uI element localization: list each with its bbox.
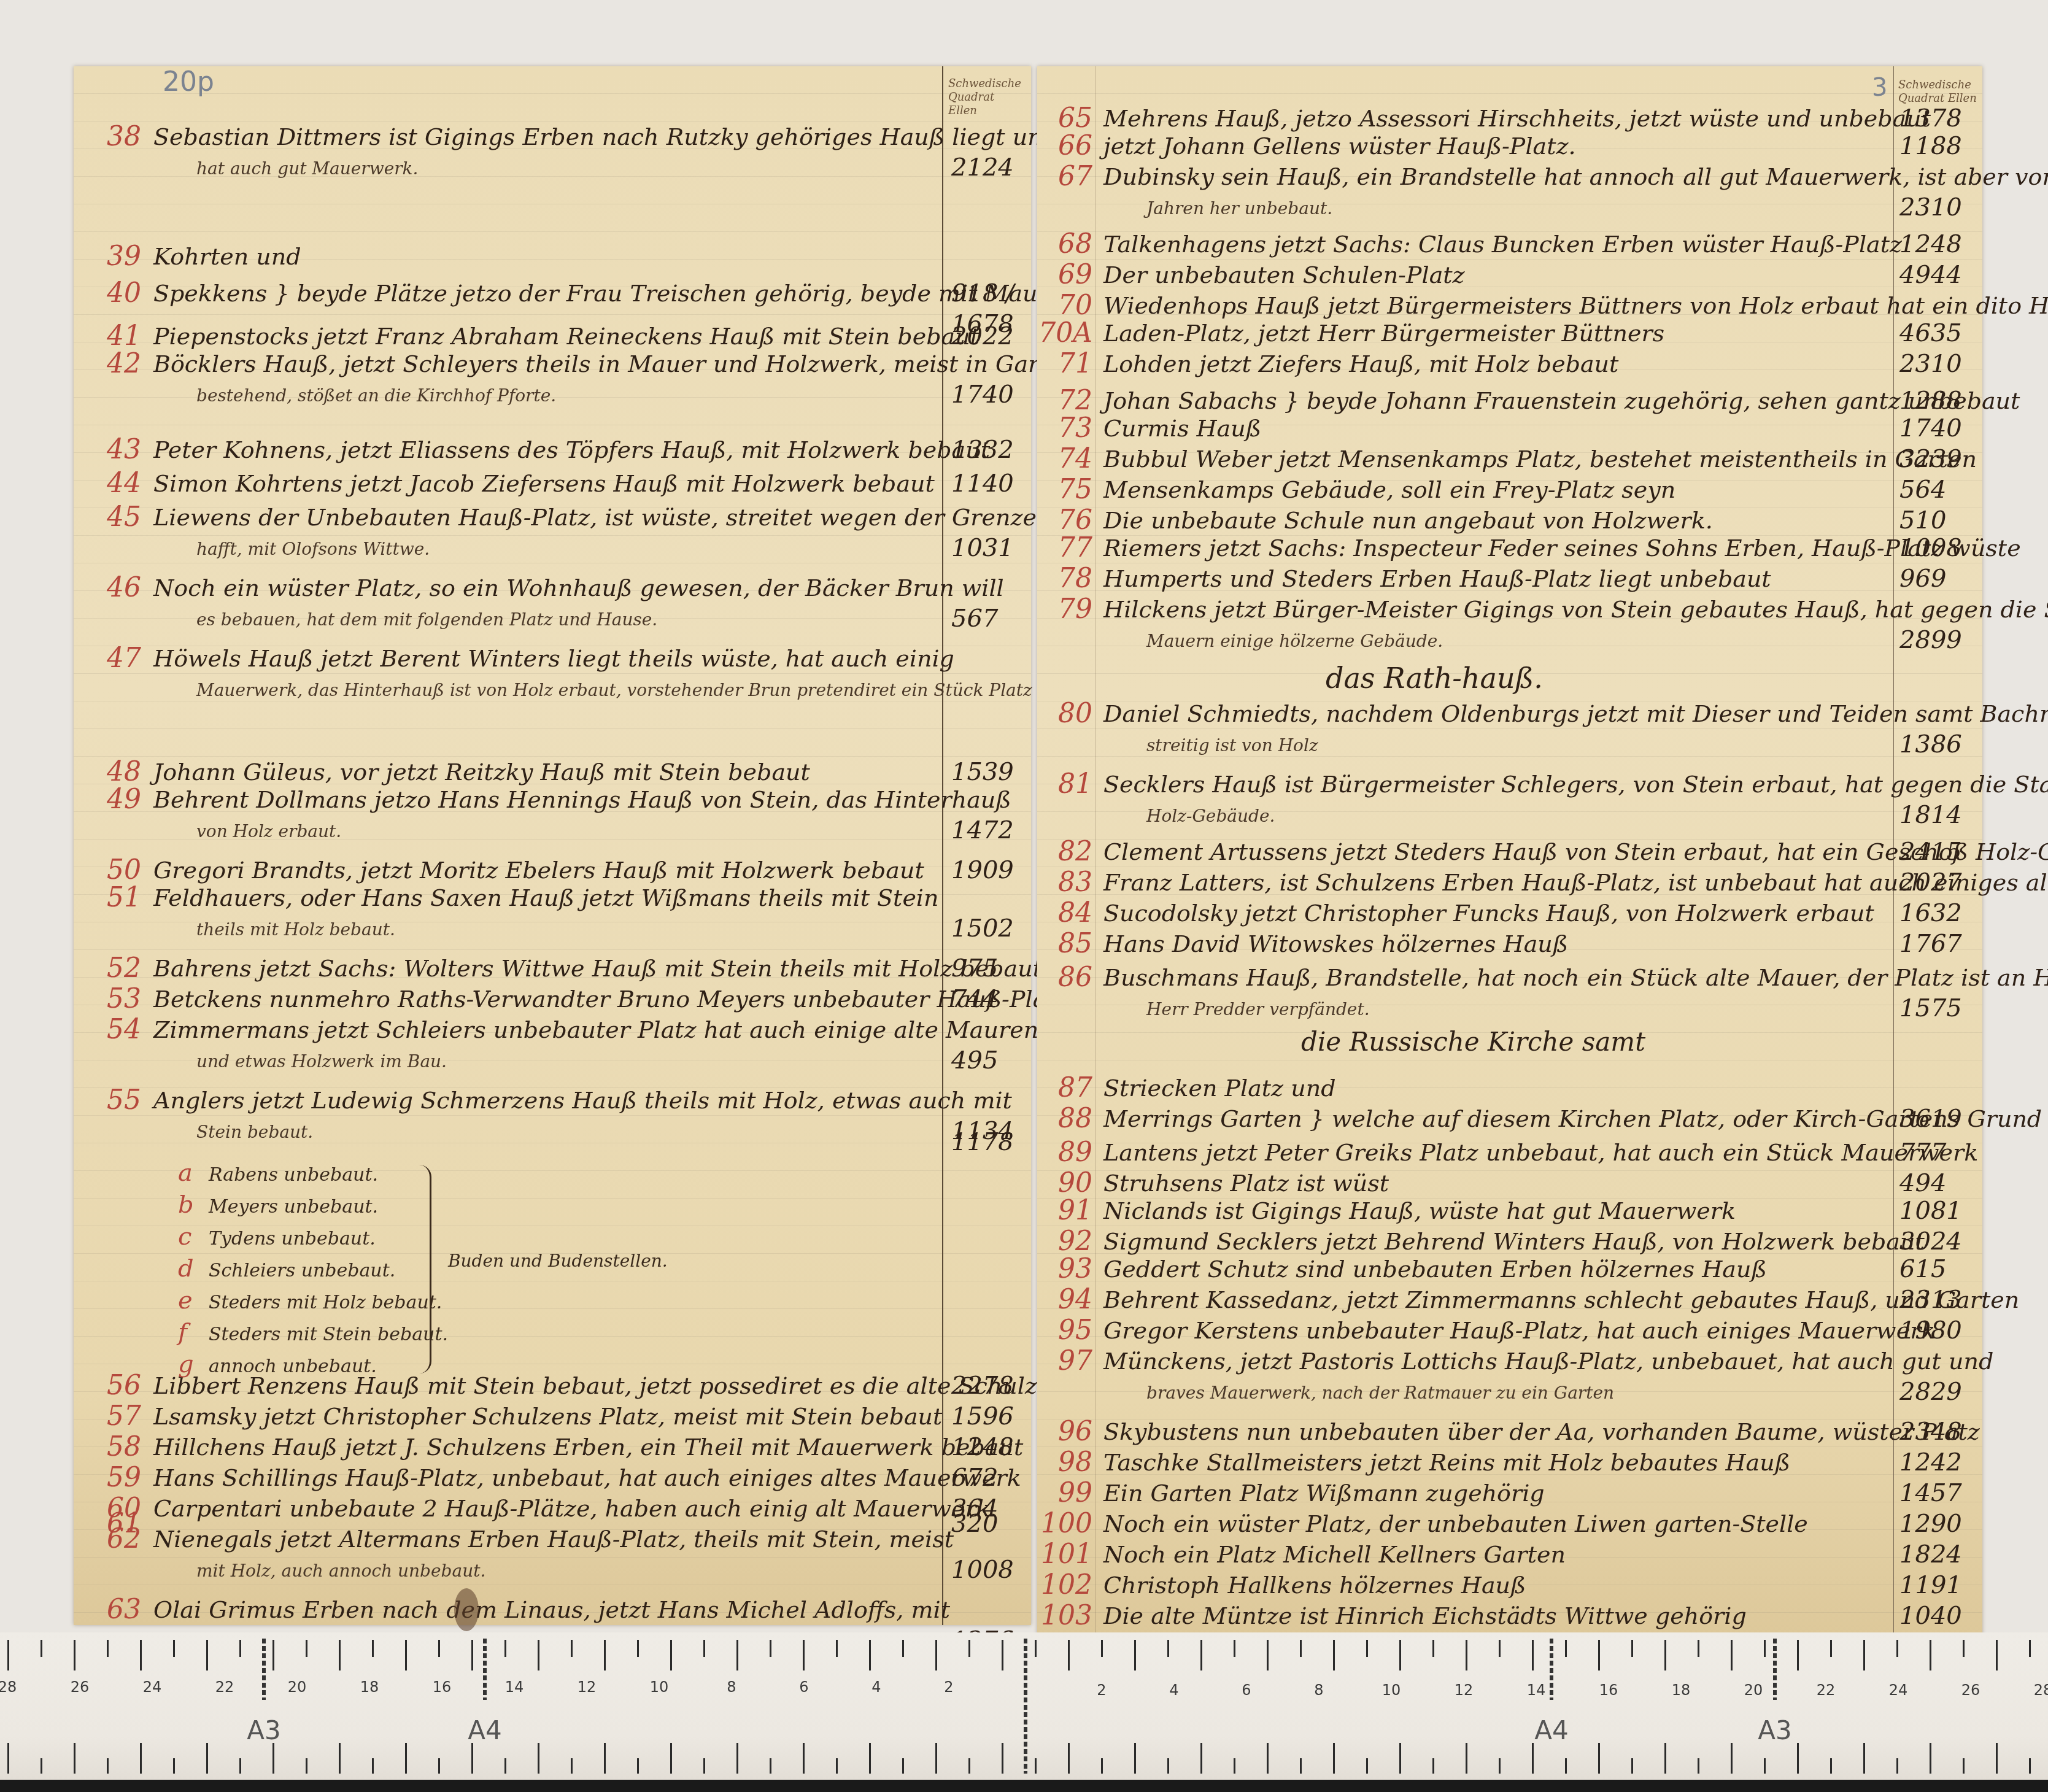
- ruler-tick: [736, 1640, 738, 1670]
- ruler-tick: [1664, 1743, 1666, 1774]
- ruler-tick: [1863, 1640, 1865, 1670]
- entry-area-value: 4635: [1899, 318, 1962, 349]
- ruler-tick: [1333, 1743, 1335, 1774]
- entry-text: Hillchens Hauß jetzt J. Schulzens Erben,…: [153, 1434, 1023, 1461]
- pencil-folio-number: 20p: [163, 66, 214, 98]
- entry-number: 71: [1037, 349, 1092, 379]
- entry-text-continued: von Holz erbaut.: [153, 816, 933, 847]
- entry-area-value: 320: [951, 1508, 998, 1539]
- entry-description: Humperts und Steders Erben Hauß-Platz li…: [1103, 563, 1883, 595]
- entry-text: Olai Grimus Erben nach dem Linaus, jetzt…: [153, 1596, 950, 1623]
- ruler-tick: [1466, 1640, 1467, 1670]
- entry-text-continued: braves Mauerwerk, nach der Ratmauer zu e…: [1103, 1378, 1883, 1408]
- entry-description: Skybustens nun unbebauten über der Aa, v…: [1103, 1416, 1883, 1448]
- ruler-tick: [1068, 1640, 1070, 1670]
- entry-area-value: 969: [1899, 563, 1946, 594]
- ruler-tick: [1830, 1640, 1832, 1657]
- ruler-tick: [637, 1758, 639, 1774]
- entry-area-value: 2022: [951, 321, 1014, 352]
- ruler-tick: [41, 1640, 42, 1657]
- entry-text: Humperts und Steders Erben Hauß-Platz li…: [1103, 565, 1771, 592]
- entry-text: Buschmans Hauß, Brandstelle, hat noch ei…: [1103, 964, 2048, 991]
- ruler-tick: [1167, 1758, 1169, 1774]
- entry-description: Der unbebauten Schulen-Platz: [1103, 260, 1883, 292]
- entry-description: Niclands ist Gigings Hauß, wüste hat gut…: [1103, 1195, 1883, 1227]
- entry-area-value: 1332: [951, 434, 1014, 465]
- ruler-tick: [1333, 1640, 1335, 1670]
- entry-description: Noch ein wüster Platz, so ein Wohnhauß g…: [153, 573, 933, 635]
- entry-area-value: 2348: [1899, 1416, 1962, 1447]
- entry-text-continued: hafft, mit Olofsons Wittwe.: [153, 534, 933, 565]
- entry-number: 79: [1037, 594, 1092, 625]
- entry-number: 41: [74, 321, 141, 352]
- entry-number: 77: [1037, 533, 1092, 563]
- entry-area-value: 1031: [951, 533, 1014, 563]
- entry-text-continued: Jahren her unbebaut.: [1103, 193, 1883, 224]
- ruler-tick: [1598, 1640, 1600, 1670]
- entry-text: Behrent Dollmans jetzo Hans Hennings Hau…: [153, 786, 1011, 813]
- ruler-tick: [173, 1640, 175, 1657]
- entry-area-value: 1248: [1899, 229, 1962, 260]
- ruler-tick: [538, 1743, 539, 1774]
- entry-description: Zimmermans jetzt Schleiers unbebauter Pl…: [153, 1014, 933, 1077]
- entry-description: Lantens jetzt Peter Greiks Platz unbebau…: [1103, 1137, 1883, 1169]
- ruler-tick: [41, 1758, 42, 1774]
- ruler-tick: [1565, 1640, 1567, 1657]
- measurement-ruler: 2826242220181614121086422468101214161820…: [0, 1632, 2048, 1780]
- ruler-tick: [107, 1758, 109, 1774]
- ruler-tick: [1134, 1640, 1136, 1670]
- entry-number: 68: [1037, 229, 1092, 260]
- entry-description: Bubbul Weber jetzt Mensenkamps Platz, be…: [1103, 444, 1883, 476]
- entry-text: Lsamsky jetzt Christopher Schulzens Plat…: [153, 1403, 942, 1430]
- entry-area-value: 2310: [1899, 192, 1962, 223]
- entry-description: Lsamsky jetzt Christopher Schulzens Plat…: [153, 1401, 933, 1433]
- ruler-tick: [902, 1640, 904, 1657]
- entry-number: 58: [74, 1432, 141, 1462]
- ruler-tick: [803, 1640, 805, 1670]
- entry-number: 57: [74, 1401, 141, 1432]
- ruler-tick: [869, 1743, 871, 1774]
- entry-area-value: 2027: [1899, 867, 1962, 898]
- entry-number: 62: [74, 1524, 141, 1554]
- entry-text: Hilckens jetzt Bürger-Meister Gigings vo…: [1103, 596, 2048, 623]
- sub-entry: dSchleiers unbebaut.: [178, 1254, 395, 1283]
- section-heading-rathaus: das Rath-hauß.: [1326, 662, 1543, 695]
- entry-text-continued: bestehend, stößet an die Kirchhof Pforte…: [153, 380, 933, 411]
- ruler-tick: [836, 1640, 838, 1657]
- paper-format-marker: [1550, 1639, 1553, 1700]
- entry-text-continued: streitig ist von Holz: [1103, 730, 1883, 761]
- entry-area-value: 3024: [1899, 1226, 1962, 1257]
- sub-entry: aRabens unbebaut.: [178, 1159, 378, 1187]
- entry-area-value: 2278: [951, 1370, 1014, 1401]
- ruler-tick: [869, 1640, 871, 1670]
- ruler-tick: [1930, 1743, 1931, 1774]
- paper-format-label: A4: [468, 1715, 501, 1745]
- entry-number: 88: [1037, 1103, 1092, 1134]
- entry-description: Anglers jetzt Ludewig Schmerzens Hauß th…: [153, 1085, 933, 1148]
- entry-area-value: 1081: [1899, 1195, 1962, 1226]
- sub-entry-letter: e: [178, 1286, 209, 1315]
- entry-number: 38: [74, 122, 141, 152]
- ruler-tick: [1267, 1640, 1269, 1670]
- ruler-tick-label: 16: [433, 1678, 452, 1696]
- ruler-tick: [770, 1758, 771, 1774]
- entry-description: Christoph Hallkens hölzernes Hauß: [1103, 1570, 1883, 1602]
- entry-description: Mensenkamps Gebäude, soll ein Frey-Platz…: [1103, 474, 1883, 506]
- ruler-tick: [1234, 1640, 1235, 1657]
- sub-block-area-value: 1178: [951, 1128, 1014, 1156]
- ruler-tick: [1035, 1758, 1037, 1774]
- entry-text-continued: Stein bebaut.: [153, 1117, 933, 1148]
- entry-number: 83: [1037, 867, 1092, 898]
- ruler-tick: [770, 1640, 771, 1657]
- ruler-tick-label: 12: [578, 1678, 597, 1696]
- entry-area-value: 1457: [1899, 1478, 1962, 1508]
- ruler-tick: [538, 1640, 539, 1670]
- sub-entry: eSteders mit Holz bebaut.: [178, 1286, 442, 1315]
- entry-number: 70: [1037, 290, 1092, 321]
- ruler-tick: [902, 1758, 904, 1774]
- ruler-tick: [1366, 1640, 1368, 1657]
- ruler-tick: [239, 1640, 241, 1657]
- entry-area-value: 615: [1899, 1254, 1946, 1284]
- ruler-tick: [1764, 1640, 1766, 1657]
- entry-area-value: 1288: [1899, 385, 1962, 416]
- entry-description: Sucodolsky jetzt Christopher Funcks Hauß…: [1103, 898, 1883, 930]
- ruler-tick-label: 14: [505, 1678, 524, 1696]
- entry-number: 87: [1037, 1073, 1092, 1103]
- entry-area-value: 1242: [1899, 1447, 1962, 1478]
- entry-description: Spekkens } beyde Plätze jetzo der Frau T…: [153, 278, 933, 310]
- entry-area-value: 744: [951, 984, 998, 1014]
- entry-number: 92: [1037, 1226, 1092, 1257]
- ruler-tick: [1499, 1640, 1501, 1657]
- entry-text-continued: Holz-Gebäude.: [1103, 801, 1883, 832]
- ruler-tick: [438, 1640, 440, 1657]
- ruler-tick: [1963, 1640, 1965, 1657]
- ruler-tick: [1399, 1640, 1401, 1670]
- entry-number: 103: [1037, 1601, 1092, 1631]
- entry-text: Behrent Kassedanz, jetzt Zimmermanns sch…: [1103, 1286, 2019, 1313]
- entry-number: 78: [1037, 563, 1092, 594]
- ruler-tick: [604, 1743, 606, 1774]
- entry-description: Striecken Platz und: [1103, 1073, 1883, 1105]
- ruler-tick: [1532, 1640, 1534, 1670]
- entry-area-value: 2415: [1899, 836, 1962, 867]
- entry-description: Lohden jetzt Ziefers Hauß, mit Holz beba…: [1103, 349, 1883, 380]
- entry-area-value: 1980: [1899, 1315, 1962, 1346]
- entry-area-value: 1740: [951, 379, 1014, 410]
- entry-text: Sigmund Secklers jetzt Behrend Winters H…: [1103, 1228, 1925, 1255]
- ruler-tick: [206, 1743, 208, 1774]
- ruler-tick-label: 18: [360, 1678, 379, 1696]
- ruler-tick: [272, 1640, 274, 1670]
- entry-area-value: 1502: [951, 913, 1014, 944]
- ruler-tick: [1863, 1743, 1865, 1774]
- ruler-tick-label: 20: [288, 1678, 307, 1696]
- ruler-tick: [968, 1640, 970, 1657]
- entry-area-value: 1767: [1899, 929, 1962, 959]
- entry-number: 100: [1037, 1508, 1092, 1539]
- entry-number: 50: [74, 855, 141, 886]
- ruler-tick-label: 8: [727, 1678, 736, 1696]
- entry-description: Talkenhagens jetzt Sachs: Claus Buncken …: [1103, 229, 1883, 261]
- entry-text: Niclands ist Gigings Hauß, wüste hat gut…: [1103, 1197, 1736, 1224]
- ruler-tick: [968, 1758, 970, 1774]
- ruler-tick: [405, 1640, 407, 1670]
- entry-text: Mehrens Hauß, jetzo Assessori Hirschheit…: [1103, 105, 1931, 132]
- ruler-tick: [1764, 1758, 1766, 1774]
- entry-area-value: 975: [951, 953, 998, 984]
- entry-number: 86: [1037, 962, 1092, 993]
- entry-area-value: 1539: [951, 757, 1014, 787]
- entry-description: Carpentari unbebaute 2 Hauß-Plätze, habe…: [153, 1493, 933, 1525]
- sub-entry: bMeyers unbebaut.: [178, 1191, 378, 1219]
- ruler-tick: [7, 1743, 9, 1774]
- ruler-shadow: [0, 1780, 2048, 1792]
- entry-number: 98: [1037, 1447, 1092, 1478]
- entry-number: 39: [74, 241, 141, 272]
- ruler-tick-label: 12: [1455, 1682, 1474, 1699]
- entry-description: Riemers jetzt Sachs: Inspecteur Feder se…: [1103, 533, 1883, 565]
- entry-description: Ein Garten Platz Wißmann zugehörig: [1103, 1478, 1883, 1510]
- sub-entry-text: Steders mit Stein bebaut.: [209, 1324, 448, 1345]
- entry-description: Die alte Müntze ist Hinrich Eichstädts W…: [1103, 1601, 1883, 1632]
- ruler-tick: [1698, 1758, 1699, 1774]
- ruler-tick-label: 24: [143, 1678, 162, 1696]
- entry-area-value: 3239: [1899, 444, 1962, 474]
- section-heading-russische-kirche: die Russische Kirche samt: [1301, 1027, 1645, 1057]
- entry-number: 74: [1037, 444, 1092, 474]
- entry-number: 59: [74, 1462, 141, 1493]
- entry-description: Daniel Schmiedts, nachdem Oldenburgs jet…: [1103, 698, 1883, 761]
- entry-text-continued: theils mit Holz bebaut.: [153, 914, 933, 945]
- entry-number: 52: [74, 953, 141, 984]
- ink-stain: [454, 1588, 479, 1631]
- ruler-tick: [1200, 1640, 1202, 1670]
- entry-text: Hans David Witowskes hölzernes Hauß: [1103, 930, 1568, 957]
- entry-area-value: 1040: [1899, 1601, 1962, 1631]
- entry-description: Merrings Garten } welche auf diesem Kirc…: [1103, 1103, 1883, 1135]
- ruler-tick: [1002, 1640, 1003, 1670]
- ruler-tick: [670, 1743, 672, 1774]
- entry-text: Piepenstocks jetzt Franz Abraham Reineck…: [153, 323, 980, 350]
- entry-area-value: 1632: [1899, 898, 1962, 929]
- entry-number: 54: [74, 1014, 141, 1045]
- sub-entry-text: Steders mit Holz bebaut.: [209, 1292, 442, 1313]
- ruler-tick-label: 10: [1382, 1682, 1401, 1699]
- entry-text: Münckens, jetzt Pastoris Lottichs Hauß-P…: [1103, 1348, 1993, 1375]
- ruler-tick: [1565, 1758, 1567, 1774]
- ruler-tick: [604, 1640, 606, 1670]
- entry-number: 45: [74, 502, 141, 533]
- entry-number: 102: [1037, 1570, 1092, 1601]
- entry-description: Nienegals jetzt Altermans Erben Hauß-Pla…: [153, 1524, 933, 1586]
- entry-description: Höwels Hauß jetzt Berent Winters liegt t…: [153, 643, 933, 706]
- entry-description: Hilckens jetzt Bürger-Meister Gigings vo…: [1103, 594, 1883, 657]
- entry-description: Geddert Schutz sind unbebauten Erben höl…: [1103, 1254, 1883, 1286]
- entry-number: 73: [1037, 413, 1092, 444]
- entry-area-value: 1140: [951, 468, 1014, 499]
- entry-description: Noch ein Platz Michell Kellners Garten: [1103, 1539, 1883, 1571]
- entry-text-continued: Mauern einige hölzerne Gebäude.: [1103, 626, 1883, 657]
- entry-area-value: 1386: [1899, 729, 1962, 760]
- entry-number: 67: [1037, 161, 1092, 192]
- entry-description: Peter Kohnens, jetzt Eliassens des Töpfe…: [153, 434, 933, 466]
- ruler-tick: [571, 1640, 573, 1657]
- entry-text: Peter Kohnens, jetzt Eliassens des Töpfe…: [153, 436, 990, 463]
- ruler-tick: [1664, 1640, 1666, 1670]
- ruler-tick-label: 22: [215, 1678, 234, 1696]
- entry-number: 89: [1037, 1137, 1092, 1168]
- ruler-tick: [1200, 1743, 1202, 1774]
- entry-number: 66: [1037, 131, 1092, 161]
- ruler-center-marker: [1024, 1639, 1027, 1774]
- entry-area-value: 1909: [951, 855, 1014, 886]
- entry-number: 47: [74, 643, 141, 674]
- ruler-tick: [1797, 1640, 1799, 1670]
- entry-number: 43: [74, 434, 141, 465]
- ruler-tick: [504, 1758, 506, 1774]
- ruler-tick-label: 14: [1527, 1682, 1546, 1699]
- right-page: 3 Schwedische Quadrat Ellen 65Mehrens Ha…: [1037, 66, 1982, 1637]
- ruler-tick-label: 22: [1817, 1682, 1836, 1699]
- entry-number: 63: [74, 1594, 141, 1625]
- entry-description: Kohrten und: [153, 241, 933, 273]
- ruler-tick: [1267, 1743, 1269, 1774]
- entry-text: Kohrten und: [153, 243, 301, 270]
- entry-area-value: 1008: [1899, 533, 1962, 563]
- ruler-tick: [1035, 1640, 1037, 1657]
- entry-number: 93: [1037, 1254, 1092, 1284]
- ruler-tick: [1598, 1743, 1600, 1774]
- entry-text: Gregori Brandts, jetzt Moritz Ebelers Ha…: [153, 857, 924, 884]
- entry-description: jetzt Johann Gellens wüster Hauß-Platz.: [1103, 131, 1883, 163]
- entry-area-value: 494: [1899, 1168, 1946, 1199]
- ruler-tick: [1432, 1640, 1434, 1657]
- ruler-tick: [1631, 1758, 1633, 1774]
- entry-text: Zimmermans jetzt Schleiers unbebauter Pl…: [153, 1016, 1038, 1043]
- ruler-tick-label: 24: [1889, 1682, 1908, 1699]
- sub-entries-note: Buden und Budenstellen.: [448, 1251, 668, 1271]
- ruler-tick-label: 6: [1242, 1682, 1251, 1699]
- ruler-tick: [670, 1640, 672, 1670]
- entry-description: Simon Kohrtens jetzt Jacob Ziefersens Ha…: [153, 468, 933, 500]
- entry-area-value: 1814: [1899, 800, 1962, 830]
- ruler-tick: [107, 1640, 109, 1657]
- ruler-tick: [7, 1640, 9, 1670]
- entry-area-value: 510: [1899, 505, 1946, 536]
- entry-text: Laden-Platz, jetzt Herr Bürgermeister Bü…: [1103, 320, 1664, 347]
- ruler-tick-label: 20: [1744, 1682, 1763, 1699]
- entry-description: Sebastian Dittmers ist Gigings Erben nac…: [153, 122, 933, 184]
- ruler-tick: [140, 1743, 142, 1774]
- sub-entry-text: Meyers unbebaut.: [209, 1196, 378, 1218]
- ruler-tick: [74, 1640, 75, 1670]
- ruler-tick: [1167, 1640, 1169, 1657]
- entry-number: 84: [1037, 898, 1092, 929]
- entry-description: Behrent Kassedanz, jetzt Zimmermanns sch…: [1103, 1284, 1883, 1316]
- entry-text: Ein Garten Platz Wißmann zugehörig: [1103, 1480, 1545, 1507]
- entry-text: Betckens nunmehro Raths-Verwandter Bruno…: [153, 986, 1068, 1013]
- sub-entries-brace: [417, 1165, 431, 1373]
- entry-number: 46: [74, 573, 141, 603]
- entry-text: Bahrens jetzt Sachs: Wolters Wittwe Hauß…: [153, 955, 1042, 982]
- ruler-tick-label: 10: [650, 1678, 669, 1696]
- ruler-tick: [1631, 1640, 1633, 1657]
- ruler-tick: [637, 1640, 639, 1657]
- number-margin-line: [1095, 66, 1096, 1637]
- sub-entry-text: Tydens unbebaut.: [209, 1228, 376, 1249]
- entry-text: Hans Schillings Hauß-Platz, unbebaut, ha…: [153, 1464, 1021, 1491]
- entry-text: Johann Güleus, vor jetzt Reitzky Hauß mi…: [153, 759, 810, 786]
- entry-area-value: 672: [951, 1462, 998, 1493]
- ruler-tick: [1366, 1758, 1368, 1774]
- entry-text-continued: hat auch gut Mauerwerk.: [153, 153, 933, 184]
- sub-entry: cTydens unbebaut.: [178, 1222, 376, 1251]
- paper-format-label: A3: [247, 1715, 280, 1745]
- sub-entry-letter: b: [178, 1191, 209, 1219]
- entry-text-continued: Mauerwerk, das Hinterhauß ist von Holz e…: [153, 675, 933, 706]
- entry-number: 96: [1037, 1416, 1092, 1447]
- column-header-quadrat-ellen: Schwedische Quadrat Ellen: [948, 77, 1022, 118]
- entry-number: 44: [74, 468, 141, 499]
- ruler-tick-label: 16: [1599, 1682, 1618, 1699]
- ruler-tick: [703, 1758, 705, 1774]
- entry-description: Curmis Hauß: [1103, 413, 1883, 445]
- entry-number: 81: [1037, 769, 1092, 800]
- ruler-tick-label: 26: [71, 1678, 90, 1696]
- entry-text: Wiedenhops Hauß jetzt Bürgermeisters Büt…: [1103, 292, 2048, 319]
- entry-area-value: 3619: [1899, 1103, 1962, 1134]
- entry-text: Noch ein wüster Platz, so ein Wohnhauß g…: [153, 574, 1004, 601]
- entry-text-continued: Herr Predder verpfändet.: [1103, 994, 1883, 1025]
- sub-entry-letter: f: [178, 1318, 209, 1346]
- ruler-tick: [504, 1640, 506, 1657]
- ruler-tick-label: 28: [2034, 1682, 2048, 1699]
- ruler-tick: [372, 1758, 374, 1774]
- ruler-tick: [239, 1758, 241, 1774]
- ruler-tick-label: 26: [1961, 1682, 1980, 1699]
- entry-number: 56: [74, 1370, 141, 1401]
- entry-text: Geddert Schutz sind unbebauten Erben höl…: [1103, 1256, 1767, 1283]
- entry-area-value: 1740: [1899, 413, 1962, 444]
- ruler-tick: [1896, 1758, 1898, 1774]
- ruler-tick: [1499, 1758, 1501, 1774]
- entry-number: 40: [74, 278, 141, 309]
- entry-text: Struhsens Platz ist wüst: [1103, 1170, 1389, 1197]
- ruler-tick: [571, 1758, 573, 1774]
- ruler-tick: [935, 1640, 937, 1670]
- entry-text: Höwels Hauß jetzt Berent Winters liegt t…: [153, 645, 954, 672]
- entry-description: Buschmans Hauß, Brandstelle, hat noch ei…: [1103, 962, 1883, 1025]
- ruler-tick-label: 18: [1672, 1682, 1691, 1699]
- entry-text: Sucodolsky jetzt Christopher Funcks Hauß…: [1103, 900, 1874, 927]
- ruler-tick: [471, 1640, 473, 1670]
- ruler-tick: [1731, 1640, 1733, 1670]
- entry-number: 97: [1037, 1346, 1092, 1377]
- entry-text: Gregor Kerstens unbebauter Hauß-Platz, h…: [1103, 1317, 1935, 1344]
- ruler-tick: [1300, 1758, 1302, 1774]
- ruler-tick: [1698, 1640, 1699, 1657]
- ruler-tick: [1731, 1743, 1733, 1774]
- ruler-tick: [2029, 1640, 2031, 1657]
- ruler-tick: [2029, 1758, 2031, 1774]
- entry-text: Die unbebaute Schule nun angebaut von Ho…: [1103, 507, 1713, 534]
- entry-area-value: 1575: [1899, 993, 1962, 1024]
